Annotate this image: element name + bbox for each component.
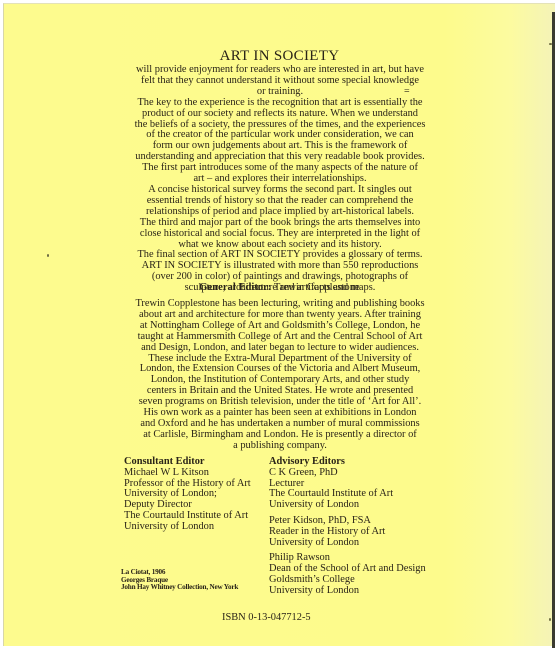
advisory-editor-kidson: Peter Kidson, PhD, FSA Reader in the His… bbox=[269, 516, 426, 548]
blurb-line: product of our society and reflects its … bbox=[100, 109, 460, 120]
consultant-editor-block: Consultant Editor Michael W L Kitson Pro… bbox=[124, 457, 251, 533]
paper-speck bbox=[549, 43, 552, 45]
general-editor-heading: General Editor: Trewin Copplestone bbox=[0, 282, 559, 293]
isbn-number: ISBN 0-13-047712-5 bbox=[222, 612, 311, 623]
bio-line: taught at Hammersmith College of Art and… bbox=[104, 332, 456, 343]
blurb-text: will provide enjoyment for readers who a… bbox=[100, 65, 460, 294]
consultant-editor-line: Michael W L Kitson bbox=[124, 468, 251, 479]
advisory-editor-line: University of London bbox=[269, 500, 426, 511]
paper-speck bbox=[47, 254, 49, 257]
advisory-editor-line: University of London bbox=[269, 538, 426, 549]
editor-biography: Trewin Copplestone has been lecturing, w… bbox=[104, 299, 456, 452]
consultant-editor-line: University of London bbox=[124, 522, 251, 533]
blurb-line: The key to the experience is the recogni… bbox=[100, 98, 460, 109]
blurb-line: close historical and social focus. They … bbox=[100, 229, 460, 240]
general-editor-name: Trewin Copplestone bbox=[274, 282, 360, 293]
blurb-line: The third and major part of the book bri… bbox=[100, 218, 460, 229]
bio-line: and Design, London, and later began to l… bbox=[104, 343, 456, 354]
advisory-editor-line: University of London bbox=[269, 586, 426, 597]
book-title: ART IN SOCIETY bbox=[0, 48, 559, 65]
advisory-editors-block: Advisory Editors C K Green, PhD Lecturer… bbox=[269, 457, 426, 597]
cover-edge-shadow bbox=[552, 12, 555, 648]
cover-image-caption: La Ciotat, 1906 Georges Braque John Hay … bbox=[121, 569, 238, 592]
caption-line: John Hay Whitney Collection, New York bbox=[121, 584, 238, 592]
advisory-editor-rawson: Philip Rawson Dean of the School of Art … bbox=[269, 553, 426, 596]
bio-line: a publishing company. bbox=[104, 441, 456, 452]
advisory-editor-green: C K Green, PhD Lecturer The Courtauld In… bbox=[269, 468, 426, 511]
general-editor-label: General Editor: bbox=[199, 282, 271, 293]
advisory-editor-line: C K Green, PhD bbox=[269, 468, 426, 479]
advisory-editor-line: Reader in the History of Art bbox=[269, 527, 426, 538]
margin-mark: = bbox=[404, 86, 410, 97]
paper-speck bbox=[549, 618, 551, 621]
